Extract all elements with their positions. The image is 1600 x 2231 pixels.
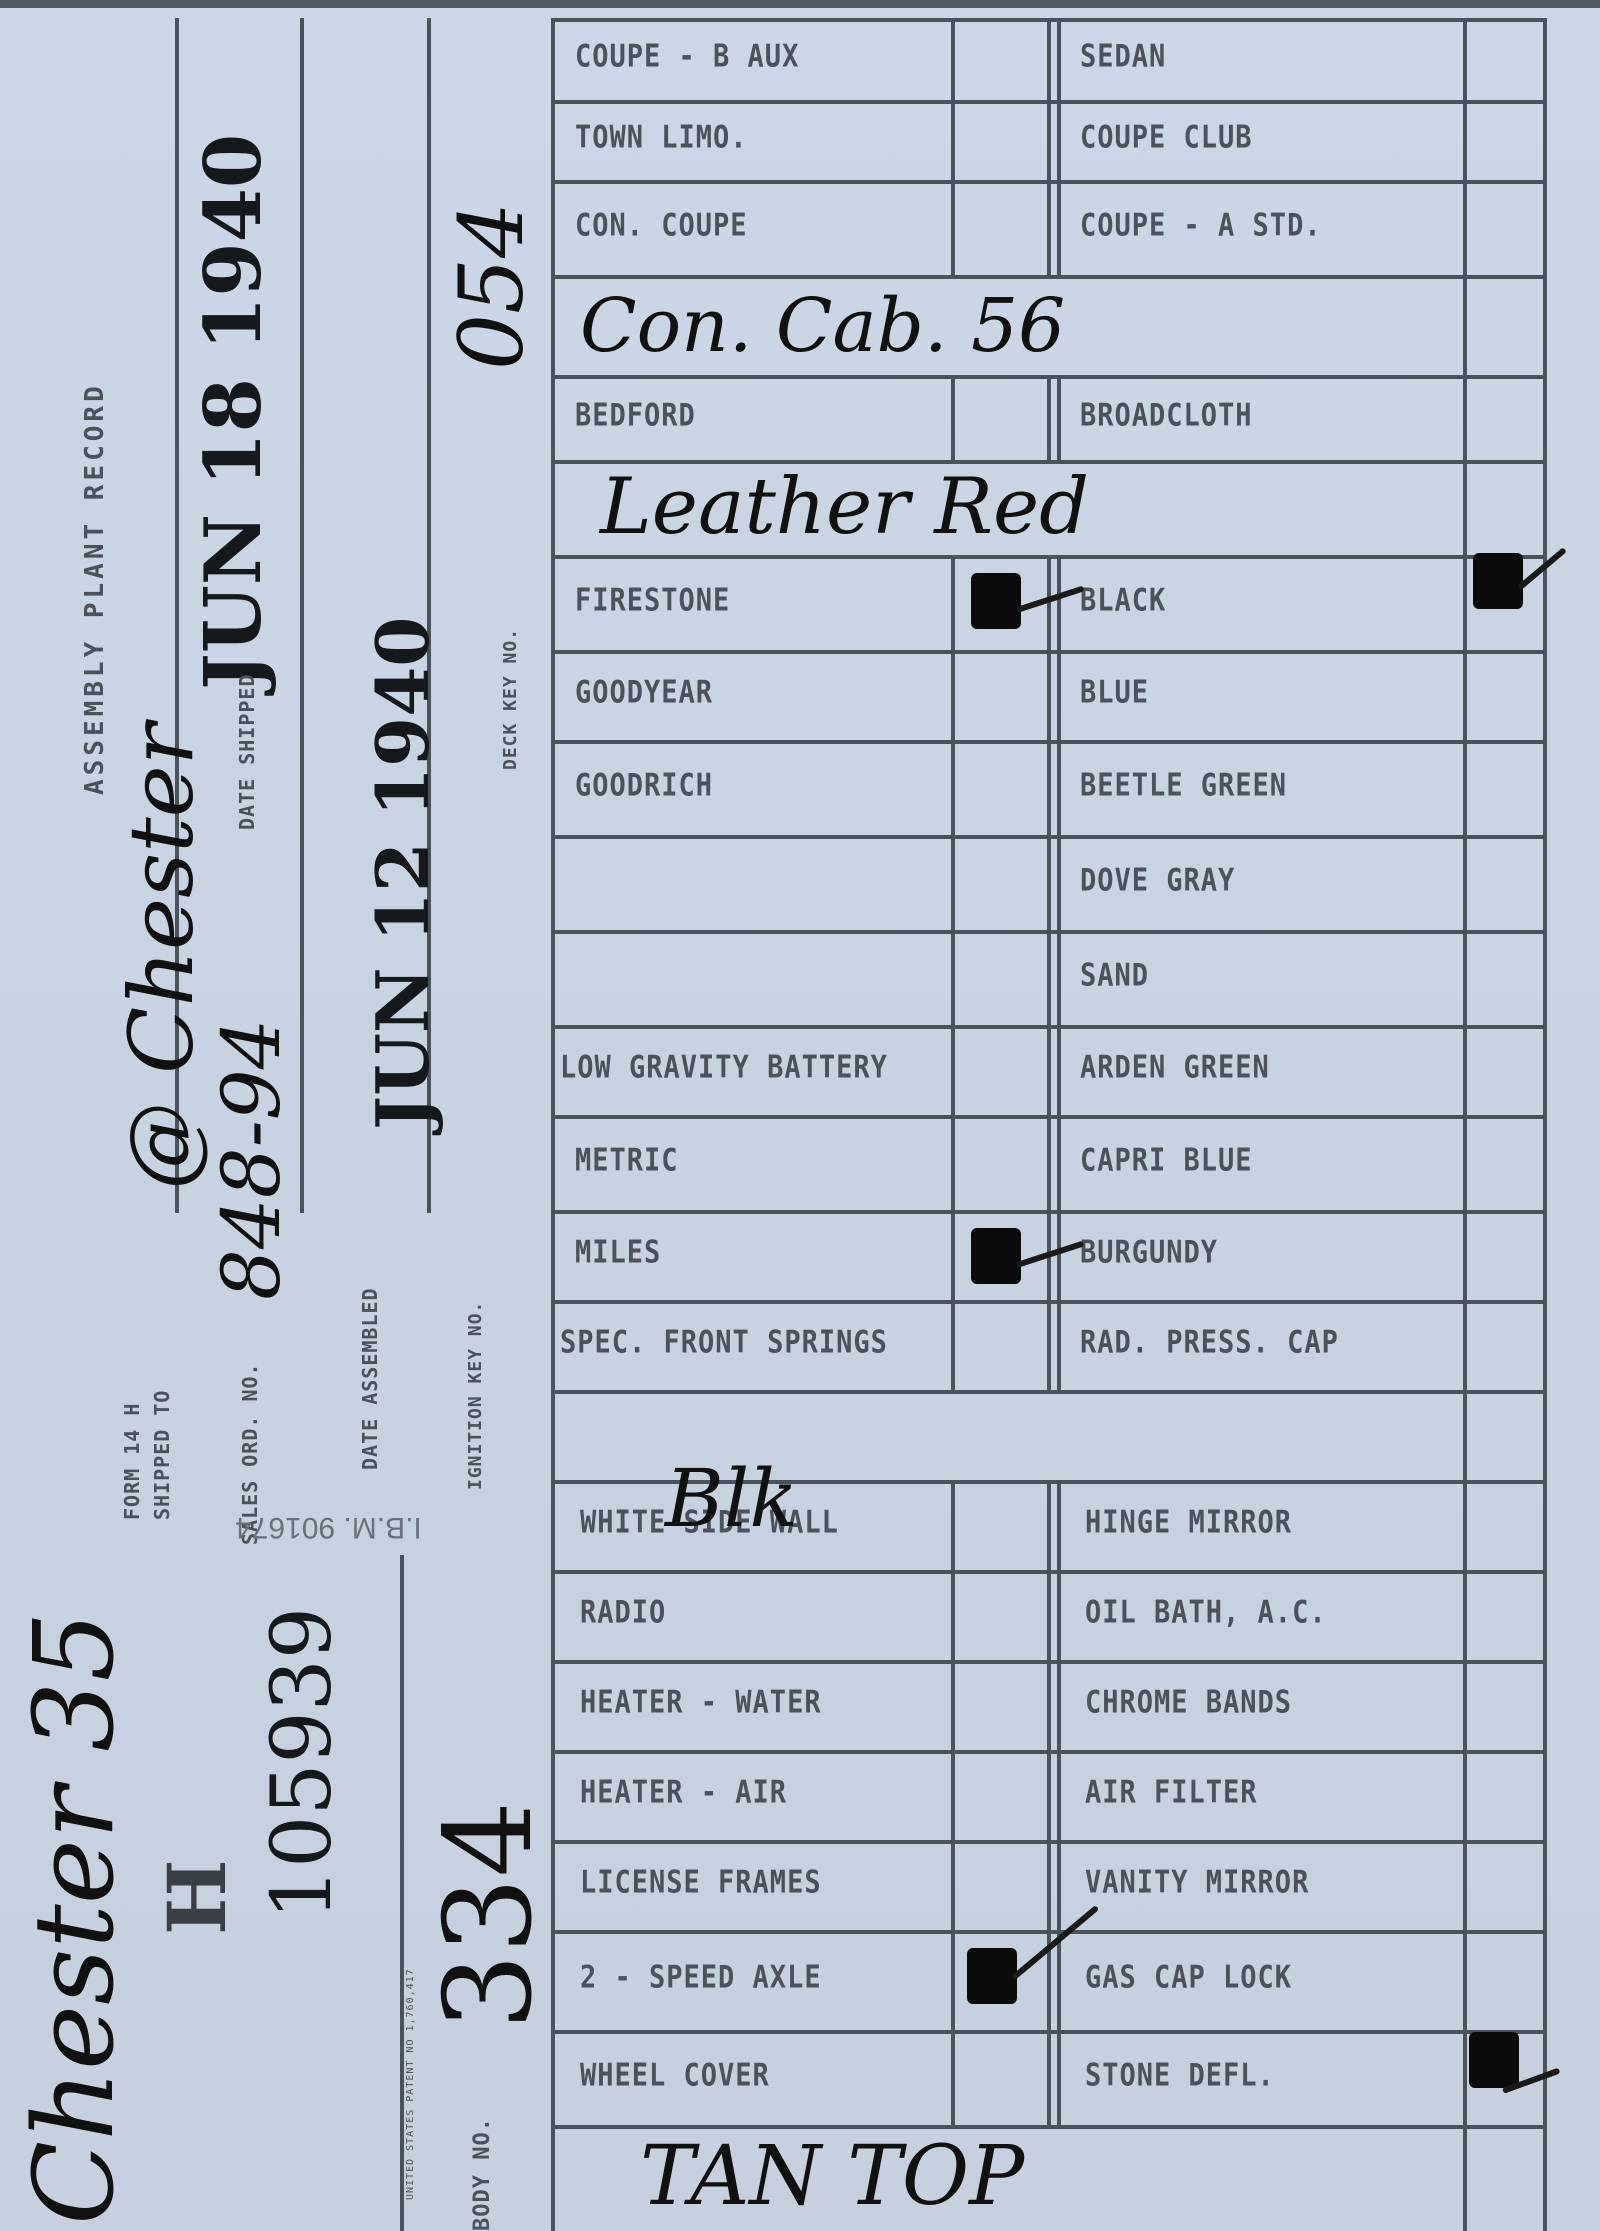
column-rule [1047,740,1051,835]
handwritten-whitewall-note: Blk [665,1452,798,1545]
option-5-left: LOW GRAVITY BATTERY [560,1050,888,1086]
accessory-4-right: VANITY MIRROR [1085,1865,1309,1901]
option-2-left: GOODRICH [575,767,713,803]
accessory-5-right: GAS CAP LOCK [1085,1960,1292,1996]
upholstery-left: BEDFORD [575,397,696,433]
body-style-0-right: SEDAN [1080,39,1166,75]
option-3-right: DOVE GRAY [1080,862,1235,898]
accessory-5-left: 2 - SPEED AXLE [580,1960,822,1996]
option-7-right: BURGUNDY [1080,1235,1218,1271]
column-rule [1047,375,1051,460]
accessory-6-right: STONE DEFL. [1085,2057,1275,2093]
option-6-right: CAPRI BLUE [1080,1142,1253,1178]
date-assembled-label: DATE ASSEMBLED [358,1287,382,1470]
option-0-left: FIRESTONE [575,582,730,618]
ignition-key-value: 334 [420,1801,559,2030]
serial-number: 105939 [255,1607,350,1920]
body-style-2-right: COUPE - A STD. [1080,207,1322,243]
deck-key-value: 054 [440,202,543,370]
column-rule [1057,2030,1061,2125]
option-1-right: BLUE [1080,675,1149,711]
deck-key-label: DECK KEY NO. [500,628,521,770]
checkbox-option-5-right[interactable] [1467,1029,1541,1111]
serial-letter: H [150,1859,244,1935]
option-5-right: ARDEN GREEN [1080,1050,1270,1086]
body-no-label: BODY NO. [470,2117,495,2231]
checkbox-accessory-3-left[interactable] [955,1754,1043,1836]
form-number: FORM 14 H [120,1403,144,1520]
option-0-right: BLACK [1080,582,1166,618]
column-rule [1057,1300,1061,1390]
column-rule [1047,100,1051,180]
mark-accessory-6-right [1469,2032,1519,2088]
column-rule [1057,555,1061,650]
checkbox-option-7-right[interactable] [1467,1214,1541,1296]
column-rule [1047,650,1051,740]
checkbox-option-3-right[interactable] [1467,839,1541,926]
checkbox-accessory-1-left[interactable] [955,1574,1043,1656]
checkbox-accessory-5-right[interactable] [1467,1934,1541,2026]
shipped-to-label: SHIPPED TO [150,1390,174,1520]
form-title: ASSEMBLY PLANT RECORD [80,382,110,795]
checkbox-upholstery-left[interactable] [955,379,1043,456]
column-rule [1057,930,1061,1025]
checkbox-option-3-left[interactable] [955,839,1043,926]
row-rule [553,1390,1545,1394]
mark-option-0-right [1473,553,1523,609]
column-rule [1047,1660,1051,1750]
column-rule [1047,1480,1051,1570]
body-style-2-left: CON. COUPE [575,207,748,243]
checkbox-option-6-right[interactable] [1467,1119,1541,1206]
date-assembled-value: JUN 12 1940 [360,617,445,1130]
checkbox-accessory-1-right[interactable] [1467,1574,1541,1656]
accessory-3-left: HEATER - AIR [580,1775,787,1811]
body-style-0-left: COUPE - B AUX [575,39,799,75]
checkbox-accessory-0-right[interactable] [1467,1484,1541,1566]
column-rule [1047,1115,1051,1210]
column-rule [1047,18,1051,100]
assembly-plant-record-card: ASSEMBLY PLANT RECORD @ Chester FORM 14 … [0,0,1600,2231]
checkbox-option-6-left[interactable] [955,1119,1043,1206]
checkbox-option-2-left[interactable] [955,744,1043,831]
checkbox-upholstery-right[interactable] [1467,379,1541,456]
column-rule [1047,1300,1051,1390]
date-shipped-value: JUN 18 1940 [188,134,279,690]
checkbox-accessory-2-right[interactable] [1467,1664,1541,1746]
option-4-right: SAND [1080,957,1149,993]
column-rule [1057,1930,1061,2030]
checkbox-accessory-3-right[interactable] [1467,1754,1541,1836]
column-rule [1047,1750,1051,1840]
mark-accessory-5-left [967,1948,1017,2004]
column-rule [1057,650,1061,740]
mark-option-0-left [971,573,1021,629]
checkbox-body-style-0-right[interactable] [1467,22,1541,96]
rule-body-no [400,1555,404,2231]
option-2-right: BEETLE GREEN [1080,767,1287,803]
column-rule [1047,1570,1051,1660]
checkbox-accessory-2-left[interactable] [955,1664,1043,1746]
column-rule [1057,1210,1061,1300]
option-7-left: MILES [575,1235,661,1271]
body-style-1-left: TOWN LIMO. [575,120,748,156]
column-rule [1057,1570,1061,1660]
shipped-to-prefix: @ [110,1102,213,1190]
column-rule [1057,1840,1061,1930]
mark-option-7-left [971,1228,1021,1284]
ibm-number: I.B.M. 901674 [235,1510,422,1544]
accessory-4-left: LICENSE FRAMES [580,1865,822,1901]
checkbox-accessory-4-right[interactable] [1467,1844,1541,1926]
dealer-note: Chester 35 [10,1612,138,2225]
checkbox-accessory-0-left[interactable] [955,1484,1043,1566]
column-rule [1047,1840,1051,1930]
column-rule [1047,180,1051,275]
row-rule [553,275,1545,279]
top-remarks-field[interactable] [557,2129,1459,2227]
checkbox-option-8-left[interactable] [955,1304,1043,1386]
column-rule [1057,180,1061,275]
column-rule [1047,930,1051,1025]
column-rule [1047,2030,1051,2125]
option-8-right: RAD. PRESS. CAP [1080,1325,1339,1361]
option-8-left: SPEC. FRONT SPRINGS [560,1325,888,1361]
column-rule [1057,1025,1061,1115]
ignition-key-label: IGNITION KEY NO. [465,1301,486,1490]
option-1-left: GOODYEAR [575,675,713,711]
rule-table-right [1543,18,1547,2231]
checkbox-body-style-2-right[interactable] [1467,184,1541,271]
card-top-edge [0,0,1600,8]
column-rule [1047,1025,1051,1115]
checkbox-option-2-right[interactable] [1467,744,1541,831]
column-rule [1057,1115,1061,1210]
column-rule [1057,18,1061,100]
option-6-left: METRIC [575,1142,679,1178]
column-rule [1057,375,1061,460]
accessory-1-left: RADIO [580,1595,666,1631]
column-rule [1057,740,1061,835]
column-rule [1057,1480,1061,1570]
checkbox-body-style-1-left[interactable] [955,104,1043,176]
shipped-to-name: Chester [110,723,213,1074]
accessory-6-left: WHEEL COVER [580,2057,770,2093]
column-rule [1057,100,1061,180]
column-rule [1057,1660,1061,1750]
accessory-2-left: HEATER - WATER [580,1685,822,1721]
checkbox-body-style-1-right[interactable] [1467,104,1541,176]
sales-order-value: 848-94 [205,1018,298,1300]
rule-date-shipped [300,18,304,1213]
handwritten-body-type: Con. Cab. 56 [580,283,1065,369]
accessory-3-right: AIR FILTER [1085,1775,1258,1811]
column-rule [1047,835,1051,930]
checkbox-accessory-6-left[interactable] [955,2034,1043,2121]
upholstery-right: BROADCLOTH [1080,397,1253,433]
patent-text: UNITED STATES PATENT NO 1,760,417 [405,1968,416,2200]
column-rule [1057,1750,1061,1840]
checkbox-option-1-left[interactable] [955,654,1043,736]
checkbox-option-1-right[interactable] [1467,654,1541,736]
checkbox-option-4-left[interactable] [955,934,1043,1021]
accessory-2-right: CHROME BANDS [1085,1685,1292,1721]
checkbox-accessory-4-left[interactable] [955,1844,1043,1926]
body-style-1-right: COUPE CLUB [1080,120,1253,156]
checkbox-option-8-right[interactable] [1467,1304,1541,1386]
checkbox-option-4-right[interactable] [1467,934,1541,1021]
handwritten-upholstery: Leather Red [600,462,1089,552]
checkbox-body-style-0-left[interactable] [955,22,1043,96]
column-rule [1057,835,1061,930]
shipped-to-value: @ Chester [110,723,213,1190]
checkbox-body-style-2-left[interactable] [955,184,1043,271]
accessory-0-right: HINGE MIRROR [1085,1505,1292,1541]
checkbox-option-5-left[interactable] [955,1029,1043,1111]
accessory-1-right: OIL BATH, A.C. [1085,1595,1327,1631]
